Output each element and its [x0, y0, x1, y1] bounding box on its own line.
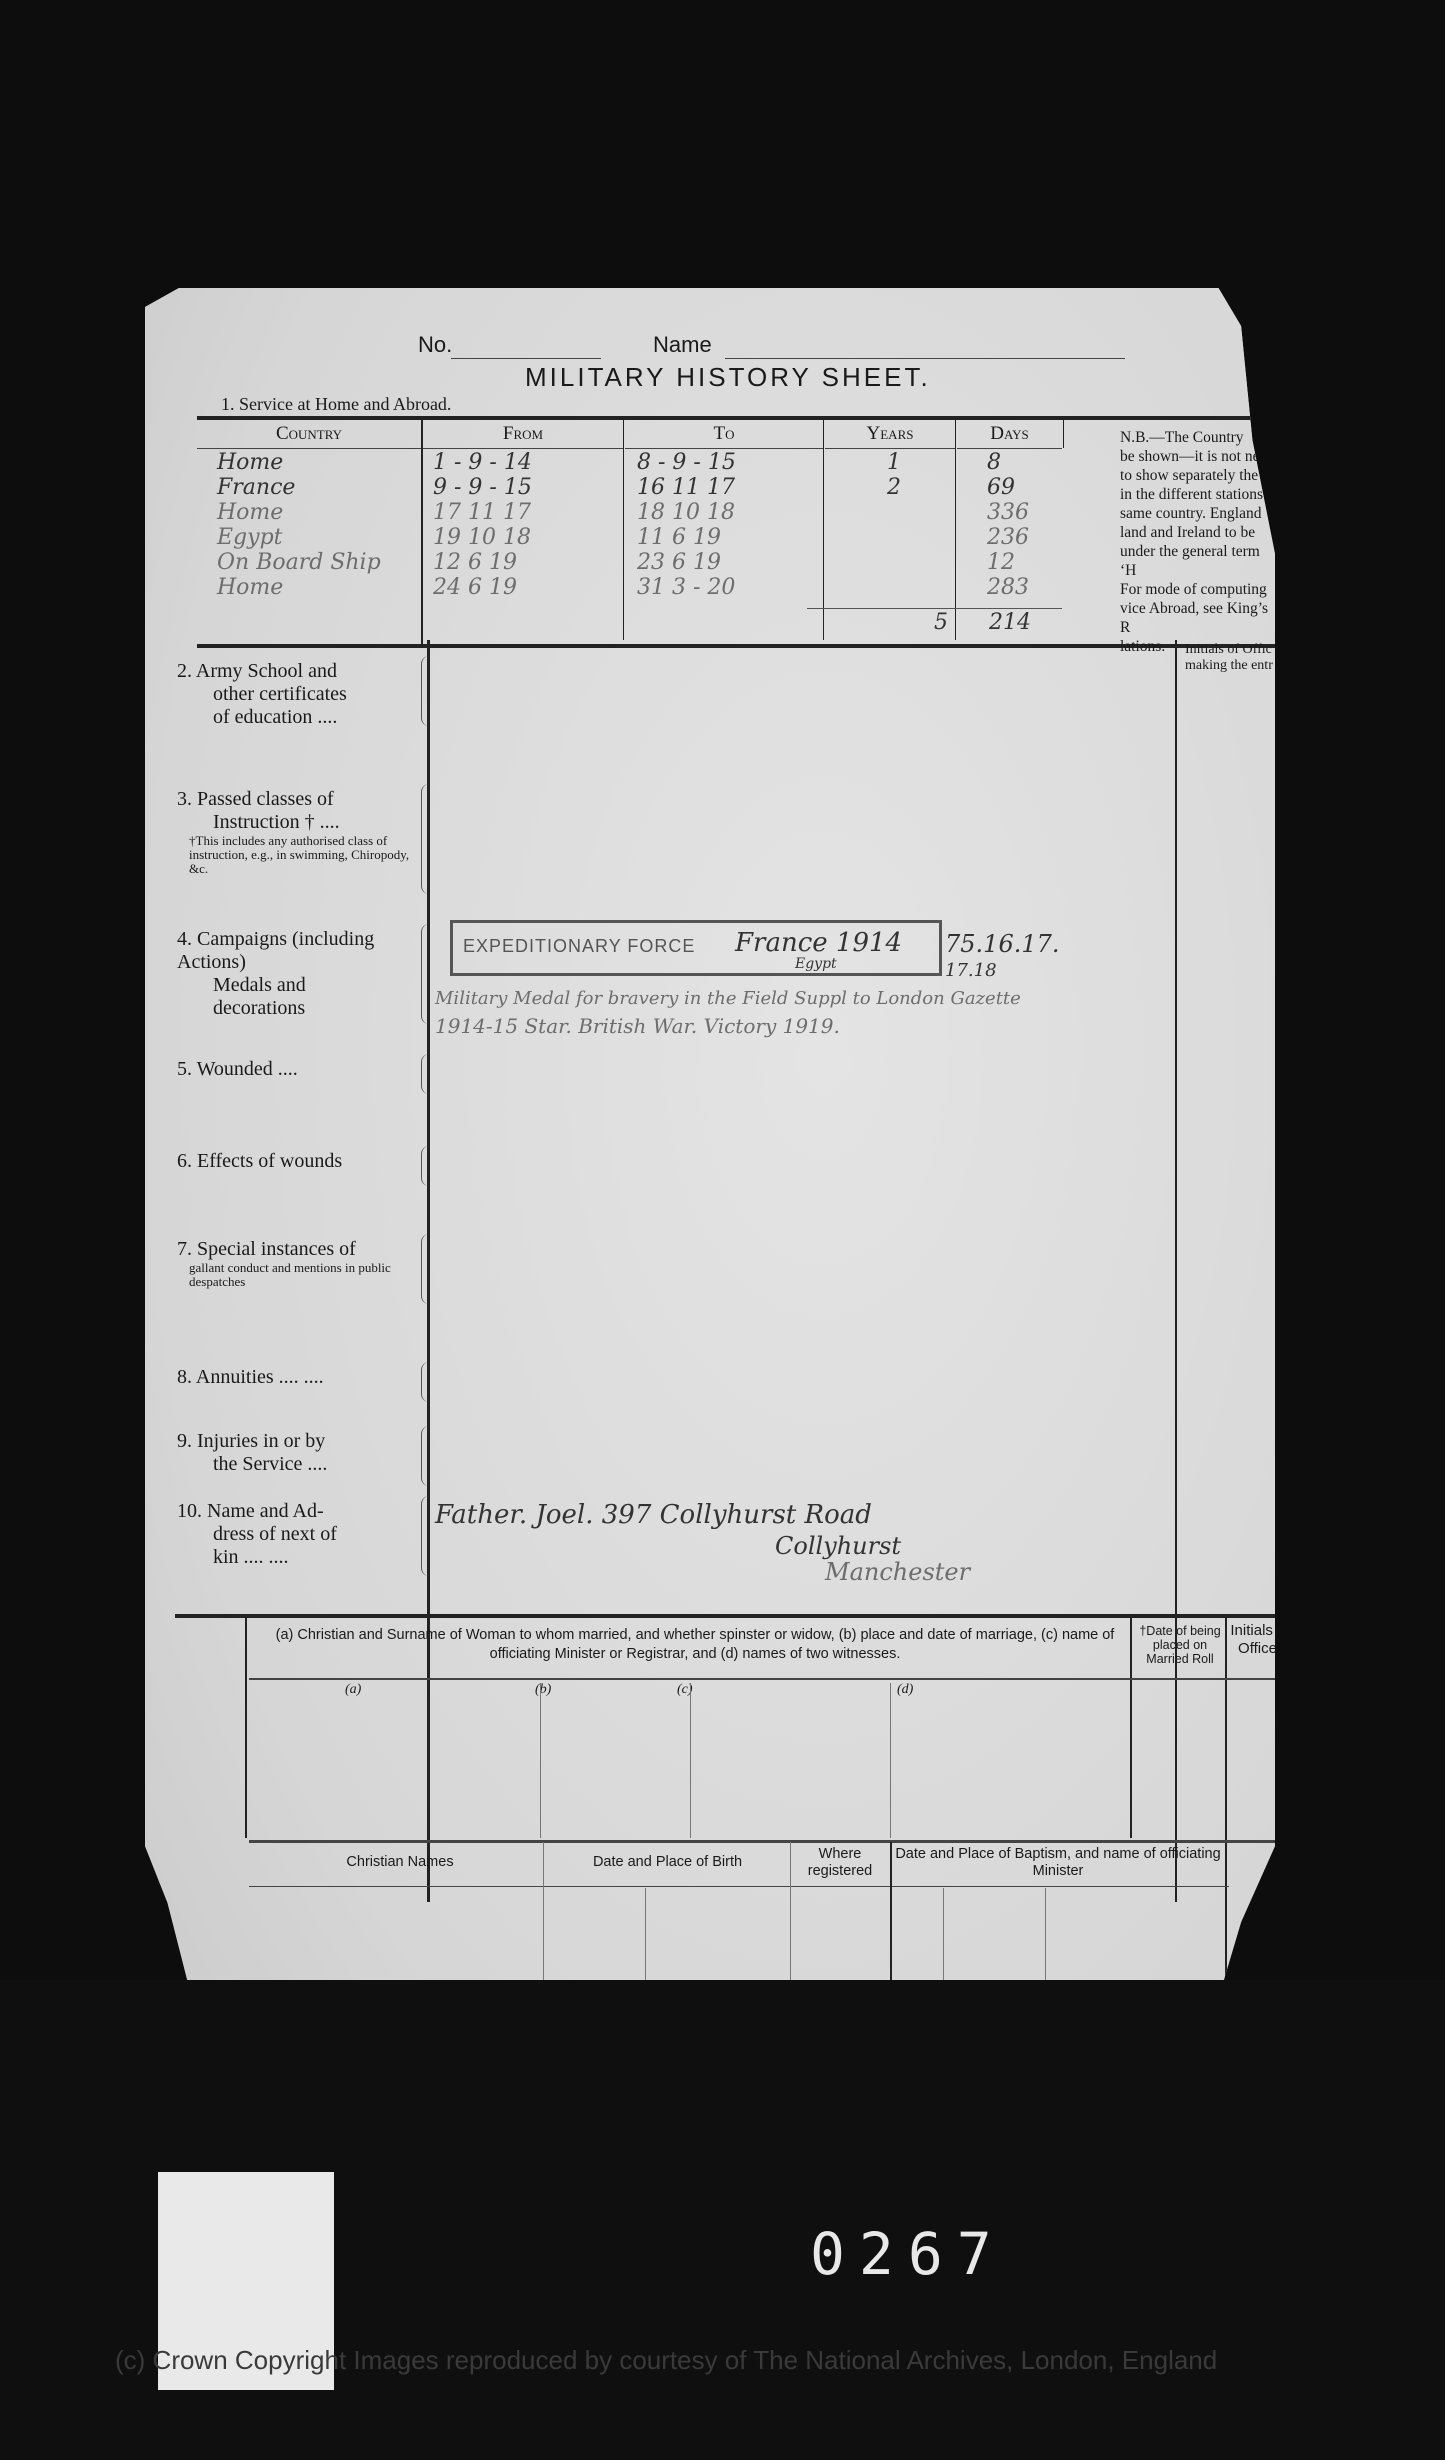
- brace: [421, 1054, 430, 1094]
- section-6-label: 6. Effects of wounds: [177, 1150, 417, 1173]
- service-days-cell: 236: [987, 525, 1029, 550]
- baptism-header: Date and Place of Baptism, and name of o…: [893, 1846, 1223, 1880]
- service-country-cell: France: [217, 475, 295, 500]
- section-9-label: 9. Injuries in or bythe Service ....: [177, 1430, 417, 1476]
- service-to-cell: 8 - 9 - 15: [637, 450, 736, 475]
- brace: [421, 1426, 430, 1486]
- service-years-cell: 1: [887, 450, 901, 475]
- section-4-label: 4. Campaigns (including Actions)Medals a…: [177, 928, 417, 1020]
- service-from-cell: 9 - 9 - 15: [433, 475, 532, 500]
- service-years-cell: 2: [887, 475, 901, 500]
- married-roll-header: †Date of being placed on Married Roll: [1135, 1624, 1225, 1666]
- divider: [245, 1618, 247, 1838]
- divider: [890, 1683, 891, 1838]
- next-of-kin-line-1: Father. Joel. 397 Collyhurst Road: [435, 1500, 872, 1530]
- stamp-egypt: Egypt: [795, 956, 837, 972]
- page-title: MILITARY HISTORY SHEET.: [525, 362, 931, 393]
- service-from-cell: 19 10 18: [433, 525, 531, 550]
- service-to-cell: 16 11 17: [637, 475, 735, 500]
- copyright-notice: (c) Crown Copyright Images reproduced by…: [115, 2345, 1217, 2376]
- divider: [823, 420, 824, 640]
- rule: [249, 1840, 1285, 1843]
- divider: [540, 1683, 541, 1838]
- section-7-label: 7. Special instances ofgallant conduct a…: [177, 1238, 417, 1289]
- divider: [1175, 640, 1177, 1902]
- service-from-cell: 24 6 19: [433, 575, 517, 600]
- brace: [421, 1496, 430, 1576]
- total-line: [807, 608, 1062, 609]
- note-line: For mode of computing: [1120, 580, 1280, 599]
- reel-number: 0267: [810, 2220, 1006, 2288]
- divider: [421, 420, 423, 644]
- service-to-cell: 23 6 19: [637, 550, 721, 575]
- service-from-cell: 17 11 17: [433, 500, 531, 525]
- military-history-sheet: No. Name MILITARY HISTORY SHEET. 1. Serv…: [145, 288, 1275, 2188]
- note-line: vice Abroad, see King’s R: [1120, 599, 1280, 637]
- note-line: under the general term ‘H: [1120, 542, 1280, 580]
- no-label: No.: [418, 332, 452, 358]
- subcol-b: (b): [535, 1682, 551, 1698]
- col-years: Years: [825, 420, 955, 449]
- stamp-date-1: 75.16.17.: [945, 930, 1060, 958]
- brace: [421, 924, 430, 1024]
- medal-entry-1: Military Medal for bravery in the Field …: [435, 988, 1021, 1009]
- section-1-title: 1. Service at Home and Abroad.: [221, 394, 451, 415]
- subcol-d: (d): [897, 1682, 913, 1698]
- service-country-cell: On Board Ship: [217, 550, 381, 575]
- divider: [955, 420, 956, 640]
- registered-header: Where registered: [790, 1846, 890, 1880]
- next-of-kin-line-2: Collyhurst: [775, 1532, 901, 1560]
- section-8-label: 8. Annuities .... ....: [177, 1366, 417, 1389]
- divider: [690, 1683, 691, 1838]
- marriage-side-label: Particulars as to Marriage: [105, 1706, 141, 1808]
- divider: [623, 420, 624, 640]
- rule: [249, 1886, 1229, 1887]
- service-days-cell: 69: [987, 475, 1015, 500]
- stamp-handwriting: France 1914: [735, 928, 902, 958]
- service-country-cell: Egypt: [217, 525, 283, 550]
- name-field: [725, 358, 1125, 359]
- birth-header: Date and Place of Birth: [545, 1854, 790, 1871]
- initials-officer-header: Initials of Officer: [1230, 1622, 1290, 1658]
- note-line: to show separately the: [1120, 466, 1280, 485]
- christian-names-header: Christian Names: [255, 1854, 545, 1871]
- note-line: be shown—it is not ne: [1120, 447, 1280, 466]
- service-to-cell: 31 3 - 20: [637, 575, 735, 600]
- next-of-kin-line-3: Manchester: [825, 1558, 970, 1586]
- stamp-date-2: 17.18: [945, 960, 997, 981]
- marriage-header: (a) Christian and Surname of Woman to wh…: [255, 1626, 1135, 1664]
- service-days-cell: 12: [987, 550, 1015, 575]
- brace: [421, 656, 430, 726]
- note-line: N.B.—The Country: [1120, 428, 1280, 447]
- brace: [421, 1234, 430, 1304]
- medal-entry-2: 1914-15 Star. British War. Victory 1919.: [435, 1014, 840, 1038]
- total-days: 214: [989, 610, 1031, 635]
- service-to-cell: 18 10 18: [637, 500, 735, 525]
- col-country: Country: [197, 420, 421, 449]
- name-label: Name: [653, 332, 712, 358]
- initials-header: Initials of Offic making the entr: [1185, 642, 1273, 674]
- rule: [249, 1678, 1285, 1680]
- subcol-a: (a): [345, 1682, 361, 1698]
- section-10-label: 10. Name and Ad-dress of next ofkin ....…: [177, 1500, 417, 1569]
- no-field: [451, 358, 601, 359]
- col-days: Days: [957, 420, 1062, 449]
- service-table: Country From To Years Days Home1 - 9 - 1…: [197, 416, 1277, 648]
- note-line: in the different stations: [1120, 485, 1280, 504]
- country-note: N.B.—The Countrybe shown—it is not neto …: [1120, 428, 1280, 656]
- service-days-cell: 336: [987, 500, 1029, 525]
- section-2-label: 2. Army School andother certificatesof e…: [177, 660, 417, 729]
- total-years: 5: [934, 610, 948, 635]
- note-line: same country. England: [1120, 504, 1280, 523]
- section-5-label: 5. Wounded ....: [177, 1058, 417, 1081]
- divider: [1063, 420, 1064, 448]
- marriage-top-rule: [175, 1614, 1285, 1618]
- stamp-text: EXPEDITIONARY FORCE: [463, 936, 695, 957]
- section-3-label: 3. Passed classes ofInstruction † ....†T…: [177, 788, 417, 876]
- brace: [421, 1362, 430, 1402]
- service-to-cell: 11 6 19: [637, 525, 721, 550]
- service-days-cell: 283: [987, 575, 1029, 600]
- note-line: land and Ireland to be: [1120, 523, 1280, 542]
- service-country-cell: Home: [217, 500, 283, 525]
- col-from: From: [423, 420, 623, 449]
- brace: [421, 784, 430, 894]
- service-country-cell: Home: [217, 450, 283, 475]
- col-to: To: [625, 420, 823, 449]
- service-days-cell: 8: [987, 450, 1001, 475]
- service-from-cell: 12 6 19: [433, 550, 517, 575]
- service-country-cell: Home: [217, 575, 283, 600]
- brace: [421, 1146, 430, 1186]
- divider: [1130, 1618, 1132, 1838]
- service-from-cell: 1 - 9 - 14: [433, 450, 532, 475]
